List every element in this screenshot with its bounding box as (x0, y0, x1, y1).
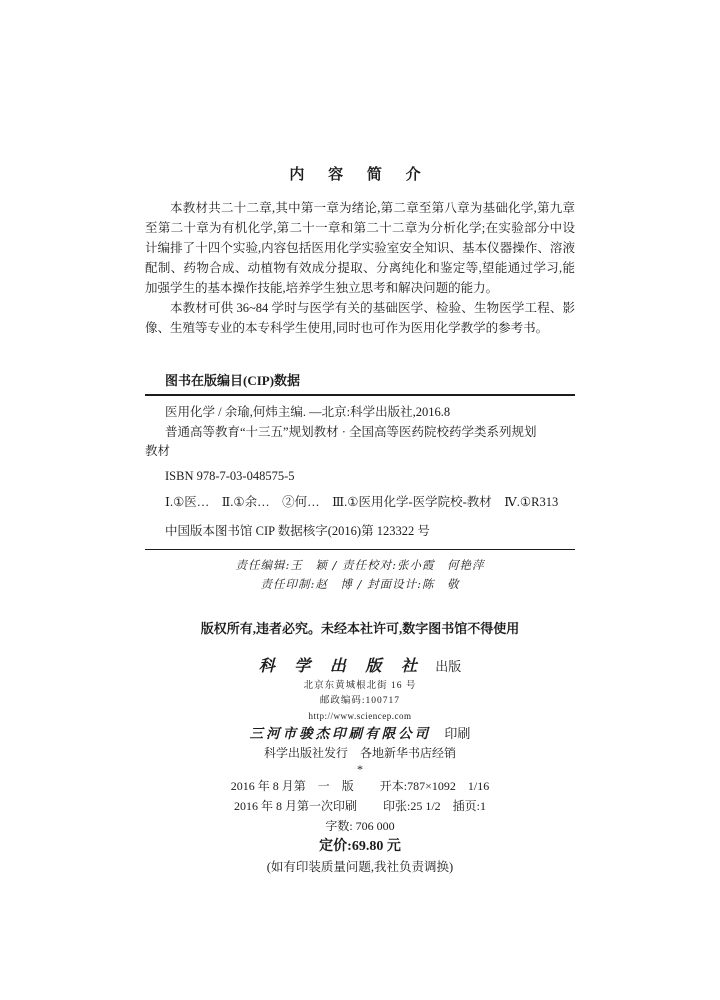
publisher-suffix: 出版 (435, 659, 461, 674)
publisher-name: 科 学 出 版 社 (259, 656, 424, 675)
staff-credits: 责任编辑:王 颖 / 责任校对:张小霞 何艳萍 责任印制:赵 博 / 封面设计:… (145, 556, 575, 594)
publisher-line: 科 学 出 版 社 出版 (145, 654, 575, 679)
publisher-website: http://www.sciencep.com (145, 709, 575, 724)
page-content: 内 容 简 介 本教材共二十二章,其中第一章为绪论,第二章至第八章为基础化学,第… (0, 0, 720, 877)
cip-series-line-2: 教材 (145, 442, 575, 462)
cip-isbn: ISBN 978-7-03-048575-5 (145, 467, 575, 487)
distribution-line: 科学出版社发行 各地新华书店经销 (145, 744, 575, 763)
printer-suffix: 印刷 (444, 726, 470, 741)
printing-sheets: 印张:25 1/2 插页:1 (383, 796, 486, 816)
credits-editors: 责任编辑:王 颖 / 责任校对:张小霞 何艳萍 (145, 556, 575, 575)
printing-row: 2016 年 8 月第一次印刷 印张:25 1/2 插页:1 (145, 796, 575, 816)
separator-asterisk: * (145, 763, 575, 776)
intro-title: 内 容 简 介 (145, 163, 575, 184)
edition-format: 开本:787×1092 1/16 (380, 776, 489, 796)
publisher-postcode: 邮政编码:100717 (145, 694, 575, 709)
intro-paragraph-2: 本教材可供 36~84 学时与医学有关的基础医学、检验、生物医学工程、影像、生殖… (145, 298, 575, 338)
printer-line: 三河市骏杰印刷有限公司 印刷 (145, 724, 575, 744)
intro-paragraph-1: 本教材共二十二章,其中第一章为绪论,第二章至第八章为基础化学,第九章至第二十章为… (145, 198, 575, 298)
credits-production: 责任印制:赵 博 / 封面设计:陈 敬 (145, 575, 575, 594)
printing-date: 2016 年 8 月第一次印刷 (234, 796, 357, 816)
cip-series-line-1: 普通高等教育“十三五”规划教材 · 全国高等医药院校药学类系列规划 (145, 423, 575, 443)
word-count: 字数: 706 000 (145, 816, 575, 836)
cip-heading: 图书在版编目(CIP)数据 (165, 370, 575, 389)
cip-bottom-rule (145, 549, 575, 550)
publisher-address: 北京东黄城根北街 16 号 (145, 679, 575, 694)
cip-title-line: 医用化学 / 余瑜,何炜主编. —北京:科学出版社,2016.8 (145, 403, 575, 423)
imprint-block: 科 学 出 版 社 出版 北京东黄城根北街 16 号 邮政编码:100717 h… (145, 654, 575, 877)
price: 定价:69.80 元 (145, 836, 575, 857)
cip-classification: Ⅰ.①医… Ⅱ.①余… ②何… Ⅲ.①医用化学-医学院校-教材 Ⅳ.①R313 (145, 493, 575, 513)
edition-date: 2016 年 8 月第 一 版 (231, 776, 354, 796)
book-copyright-page: 内 容 简 介 本教材共二十二章,其中第一章为绪论,第二章至第八章为基础化学,第… (0, 0, 720, 1000)
cip-top-rule (145, 394, 575, 396)
edition-row: 2016 年 8 月第 一 版 开本:787×1092 1/16 (145, 776, 575, 796)
cip-record-number: 中国版本图书馆 CIP 数据核字(2016)第 123322 号 (145, 522, 575, 542)
printer-name: 三河市骏杰印刷有限公司 (250, 726, 432, 742)
copyright-notice: 版权所有,违者必究。未经本社许可,数字图书馆不得使用 (145, 618, 575, 637)
quality-note: (如有印装质量问题,我社负责调换) (145, 857, 575, 877)
cip-section: 图书在版编目(CIP)数据 医用化学 / 余瑜,何炜主编. —北京:科学出版社,… (145, 370, 575, 550)
